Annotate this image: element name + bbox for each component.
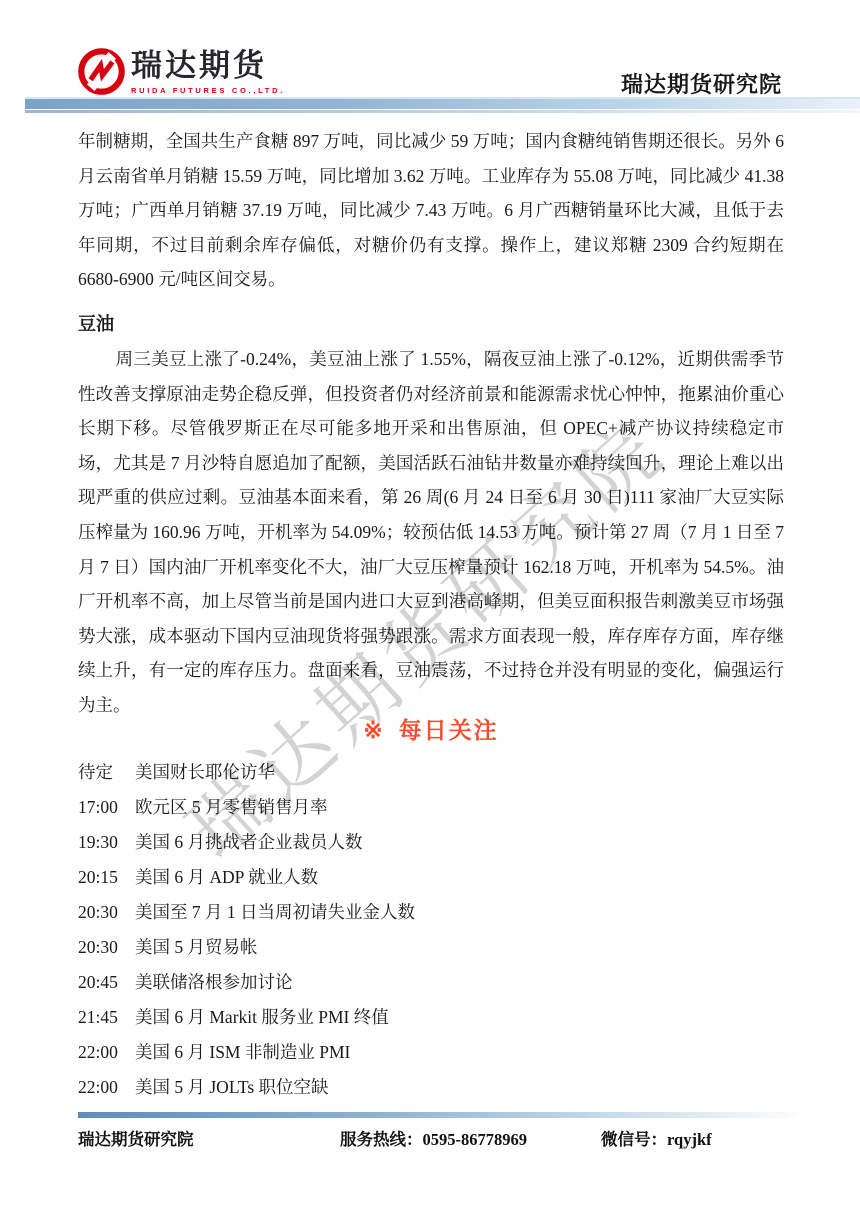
header: 瑞达期货 RUIDA FUTURES CO.,LTD. 瑞达期货研究院	[0, 0, 860, 115]
list-item: 22:00 美国 6 月 ISM 非制造业 PMI	[78, 1035, 784, 1070]
event-time: 20:30	[78, 930, 123, 965]
section-title-soybean-oil: 豆油	[78, 310, 114, 336]
daily-focus-title: 每日关注	[399, 718, 499, 743]
list-item: 20:30 美国至 7 月 1 日当周初请失业金人数	[78, 895, 784, 930]
event-time: 20:45	[78, 965, 123, 1000]
event-label: 美国 5 月贸易帐	[135, 930, 258, 965]
event-time: 20:15	[78, 860, 123, 895]
header-divider-bar-thin	[25, 110, 860, 113]
list-item: 21:45 美国 6 月 Markit 服务业 PMI 终值	[78, 1000, 784, 1035]
list-item: 17:00 欧元区 5 月零售销售月率	[78, 790, 784, 825]
daily-focus-list: 待定 美国财长耶伦访华 17:00 欧元区 5 月零售销售月率 19:30 美国…	[78, 755, 784, 1105]
footer: 瑞达期货研究院 服务热线：0595-86778969 微信号：rqyjkf	[0, 1126, 860, 1152]
event-label: 美国 6 月挑战者企业裁员人数	[135, 825, 363, 860]
company-logo: 瑞达期货 RUIDA FUTURES CO.,LTD.	[78, 48, 285, 95]
list-item: 待定 美国财长耶伦访华	[78, 755, 784, 790]
event-label: 美国 6 月 ADP 就业人数	[135, 860, 318, 895]
list-item: 19:30 美国 6 月挑战者企业裁员人数	[78, 825, 784, 860]
logo-brand-cn: 瑞达期货	[131, 48, 285, 84]
list-item: 20:45 美联储洛根参加讨论	[78, 965, 784, 1000]
wechat-id: rqyjkf	[667, 1130, 712, 1149]
hotline-label: 服务热线：	[340, 1130, 423, 1149]
list-item: 20:30 美国 5 月贸易帐	[78, 930, 784, 965]
event-label: 美国至 7 月 1 日当周初请失业金人数	[135, 895, 415, 930]
list-item: 20:15 美国 6 月 ADP 就业人数	[78, 860, 784, 895]
list-item: 22:00 美国 5 月 JOLTs 职位空缺	[78, 1070, 784, 1105]
event-label: 欧元区 5 月零售销售月率	[135, 790, 328, 825]
reference-mark-icon: ※	[363, 718, 384, 743]
footer-hotline: 服务热线：0595-86778969	[340, 1126, 527, 1150]
event-label: 美国 5 月 JOLTs 职位空缺	[135, 1070, 329, 1105]
event-time: 17:00	[78, 790, 123, 825]
footer-institute: 瑞达期货研究院	[78, 1126, 194, 1150]
event-time: 22:00	[78, 1070, 123, 1105]
event-label: 美国 6 月 Markit 服务业 PMI 终值	[135, 1000, 389, 1035]
event-time: 19:30	[78, 825, 123, 860]
event-time: 22:00	[78, 1035, 123, 1070]
logo-brand-en: RUIDA FUTURES CO.,LTD.	[131, 86, 285, 95]
wechat-label: 微信号：	[601, 1130, 667, 1149]
event-time: 21:45	[78, 1000, 123, 1035]
footer-wechat: 微信号：rqyjkf	[601, 1126, 712, 1150]
header-title: 瑞达期货研究院	[621, 68, 782, 99]
daily-focus-heading: ※每日关注	[78, 712, 784, 745]
event-time: 20:30	[78, 895, 123, 930]
report-page: 瑞达期货 RUIDA FUTURES CO.,LTD. 瑞达期货研究院 瑞达期货…	[0, 0, 860, 1217]
ruida-swirl-icon	[78, 48, 125, 95]
footer-divider-bar	[78, 1112, 798, 1118]
sugar-paragraph: 年制糖期，全国共生产食糖 897 万吨，同比减少 59 万吨；国内食糖纯销售期还…	[78, 124, 784, 297]
event-label: 美国财长耶伦访华	[135, 755, 275, 790]
hotline-number: 0595-86778969	[423, 1130, 528, 1149]
soybean-oil-paragraph: 周三美豆上涨了-0.24%，美豆油上涨了 1.55%，隔夜豆油上涨了-0.12%…	[78, 342, 784, 723]
event-label: 美国 6 月 ISM 非制造业 PMI	[135, 1035, 350, 1070]
logo-text: 瑞达期货 RUIDA FUTURES CO.,LTD.	[131, 48, 285, 95]
event-label: 美联储洛根参加讨论	[135, 965, 293, 1000]
event-time: 待定	[78, 755, 123, 790]
header-divider-bar	[25, 97, 860, 109]
